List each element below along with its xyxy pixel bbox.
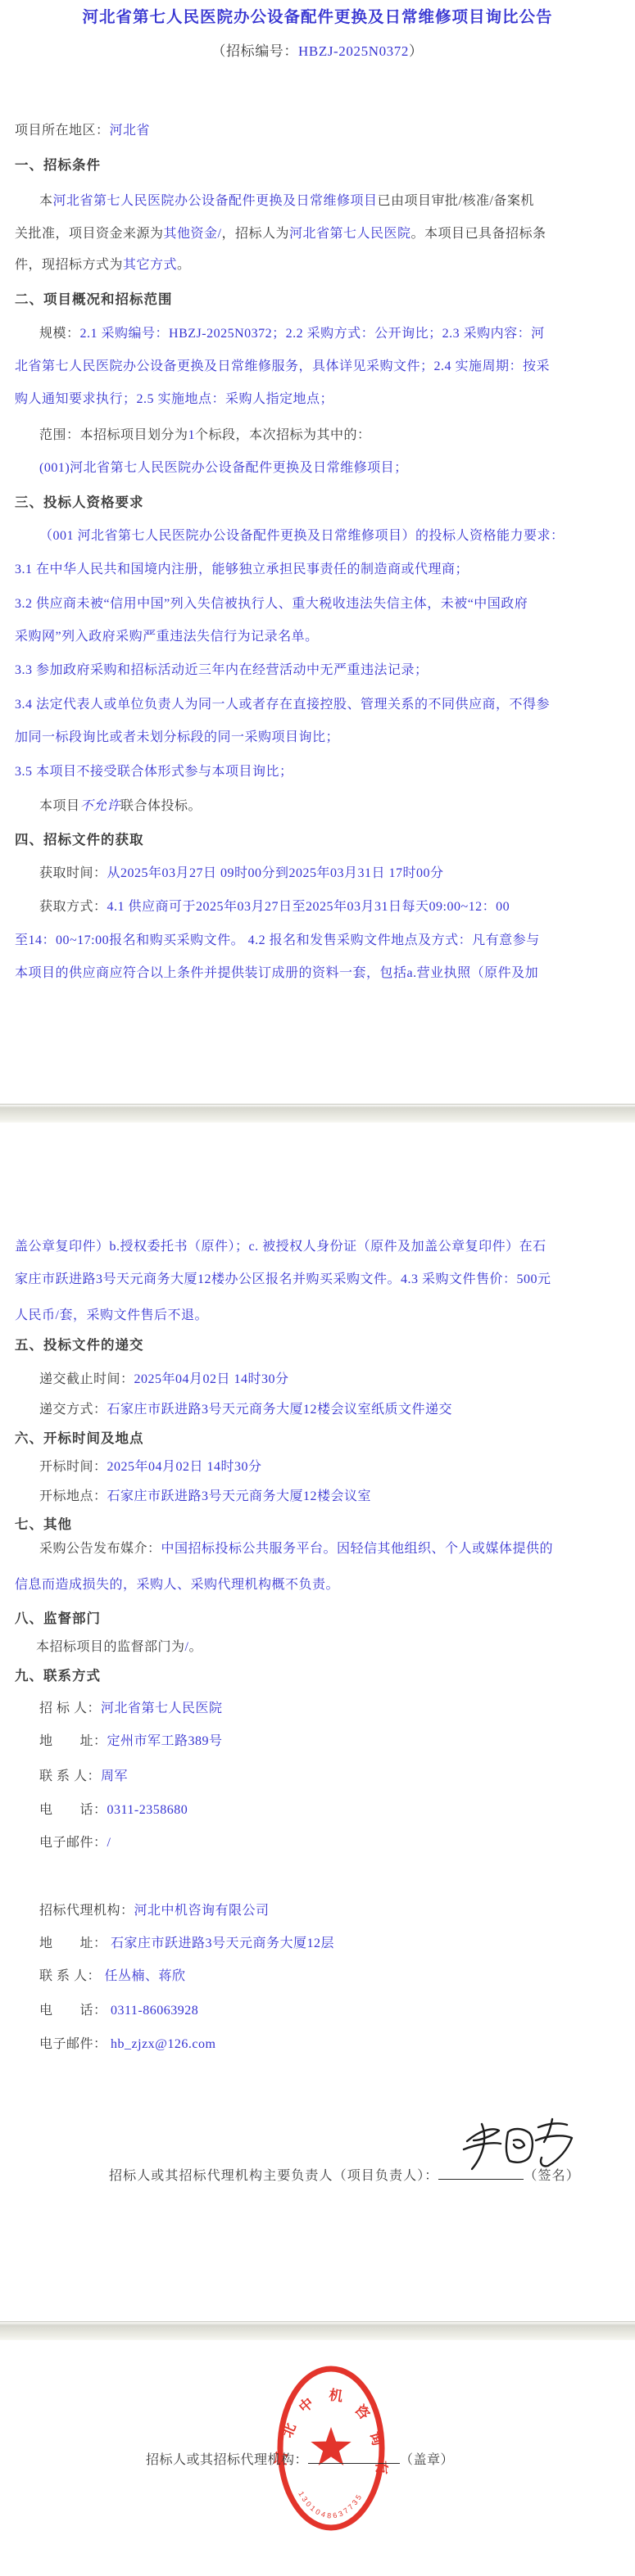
text-segment: 本招标项目划分为 bbox=[80, 428, 188, 442]
section-heading-6: 六、开标时间及地点 bbox=[15, 1430, 144, 1448]
doc-line: 规模：2.1 采购编号：HBZJ-2025N0372；2.2 采购方式：公开询比… bbox=[39, 326, 545, 342]
agency-line: 招标代理机构：河北中机咨询有限公司 bbox=[39, 1903, 270, 1919]
text-segment: 六、开标时间及地点 bbox=[15, 1431, 144, 1446]
text-segment: 。 bbox=[177, 258, 191, 272]
tenderer-email-line: 电子邮件：/ bbox=[39, 1835, 111, 1851]
text-segment: 3.5 本项目不接受联合体形式参与本项目询比； bbox=[15, 765, 293, 779]
text-segment: 五、投标文件的递交 bbox=[15, 1338, 144, 1353]
text-segment: 任丛楠、蒋欣 bbox=[101, 1969, 186, 1983]
doc-line: 采购网”列入政府采购严重违法失信行为记录名单。 bbox=[15, 629, 319, 645]
text-segment: 本项目的供应商应符合以上条件并提供装订成册的资料一套，包括a.营业执照（原件及加 bbox=[15, 966, 538, 980]
text-segment: 3.1 在中华人民共和国境内注册，能够独立承担民事责任的制造商或代理商； bbox=[15, 563, 469, 576]
doc-line: 人民币/套，采购文件售后不退。 bbox=[15, 1308, 208, 1324]
text-segment: 。本项目已具备招标条 bbox=[411, 227, 547, 241]
document-page-3: 河北中机咨询有限公司 1301048637735 招标人或其招标代理机构：（盖章… bbox=[0, 2340, 635, 2576]
signature-underline bbox=[308, 2450, 400, 2464]
agency-email-line: 电子邮件： hb_zjzx@126.com bbox=[39, 2036, 215, 2053]
text-segment: 从2025年03月27日 09时00分到2025年03月31日 17时00分 bbox=[107, 866, 444, 880]
text-segment: 获取方式： bbox=[39, 900, 107, 914]
text-segment: 规模： bbox=[39, 327, 80, 341]
text-segment: 至14：00~17:00报名和购买采购文件。 4.2 报名和发售采购文件地点及方… bbox=[15, 933, 540, 947]
text-segment: 招标人或其招标代理机构主要负责人（项目负责人）： bbox=[109, 2169, 438, 2183]
text-segment: 开标时间： bbox=[39, 1460, 107, 1474]
text-segment: 2025年04月02日 14时30分 bbox=[134, 1372, 289, 1386]
doc-line: （001 河北省第七人民医院办公设备配件更换及日常维修项目）的投标人资格能力要求… bbox=[39, 528, 565, 545]
signature-underline bbox=[438, 2166, 524, 2180]
tenderer-address-line: 地 址：定州市军工路389号 bbox=[39, 1733, 223, 1750]
text-segment: 河北省 bbox=[110, 124, 151, 138]
tenderer-contact-line: 联 系 人：周军 bbox=[39, 1769, 128, 1785]
text-segment: 三、投标人资格要求 bbox=[15, 495, 144, 510]
text-segment: / bbox=[107, 1836, 111, 1850]
text-segment: 四、招标文件的获取 bbox=[15, 833, 144, 847]
text-segment: 项目所在地区： bbox=[15, 124, 110, 138]
doc-line: 3.2 供应商未被“信用中国”列入失信被执行人、重大税收违法失信主体，未被“中国… bbox=[15, 596, 528, 612]
doc-line: 信息而造成损失的，采购人、采购代理机构概不负责。 bbox=[15, 1577, 339, 1593]
text-segment: 本 bbox=[39, 194, 53, 208]
text-segment: 递交截止时间： bbox=[39, 1372, 134, 1386]
text-segment: 河北省第七人民医院办公设备配件更换及日常维修项目询比公告 bbox=[82, 9, 552, 26]
text-segment: 件，现招标方式为 bbox=[15, 258, 123, 272]
doc-line: 3.5 本项目不接受联合体形式参与本项目询比； bbox=[15, 764, 293, 780]
text-segment: 3.3 参加政府采购和招标活动近三年内在经营活动中无严重违法记录； bbox=[15, 663, 429, 677]
text-segment: 3.2 供应商未被“信用中国”列入失信被执行人、重大税收违法失信主体，未被“中国… bbox=[15, 597, 528, 611]
text-segment: 递交方式： bbox=[39, 1403, 107, 1417]
doc-line: 范围：本招标项目划分为1个标段，本次招标为其中的： bbox=[39, 427, 371, 444]
text-segment: 北省第七人民医院办公设备更换及日常维修服务，具体详见采购文件；2.4 实施周期：… bbox=[15, 359, 550, 373]
doc-line: 开标地点：石家庄市跃进路3号天元商务大厦12楼会议室 bbox=[39, 1489, 371, 1505]
doc-line: 递交截止时间：2025年04月02日 14时30分 bbox=[39, 1372, 289, 1388]
text-segment: 1 bbox=[188, 428, 196, 442]
text-segment: 河北省第七人民医院 bbox=[101, 1702, 223, 1715]
doc-line: 3.3 参加政府采购和招标活动近三年内在经营活动中无严重违法记录； bbox=[15, 662, 429, 679]
doc-line: 本招标项目的监督部门为/。 bbox=[36, 1639, 202, 1656]
doc-line: 3.4 法定代表人或单位负责人为同一人或者存在直接控股、管理关系的不同供应商，不… bbox=[15, 697, 550, 713]
section-heading-1: 一、招标条件 bbox=[15, 157, 101, 174]
text-segment: 已由项目审批/核准/备案机 bbox=[378, 194, 534, 208]
text-segment: ） bbox=[409, 43, 424, 59]
text-segment: 七、其他 bbox=[15, 1517, 72, 1532]
text-segment: 河北中机咨询有限公司 bbox=[134, 1904, 270, 1918]
text-segment: 招标代理机构： bbox=[39, 1904, 134, 1918]
company-seal-stamp: 河北中机咨询有限公司 1301048637735 bbox=[274, 2361, 388, 2535]
doc-line: 开标时间：2025年04月02日 14时30分 bbox=[39, 1459, 262, 1476]
text-segment: 信息而造成损失的，采购人、采购代理机构概不负责。 bbox=[15, 1578, 339, 1592]
text-segment: （盖章） bbox=[400, 2453, 454, 2467]
text-segment: 石家庄市跃进路3号天元商务大厦12层 bbox=[107, 1937, 335, 1950]
document-title: 河北省第七人民医院办公设备配件更换及日常维修项目询比公告 bbox=[0, 8, 635, 28]
seal-line: 招标人或其招标代理机构：（盖章） bbox=[146, 2450, 454, 2469]
text-segment: HBZJ-2025N0372 bbox=[298, 43, 409, 59]
text-segment: 3.4 法定代表人或单位负责人为同一人或者存在直接控股、管理关系的不同供应商，不… bbox=[15, 698, 550, 712]
text-segment: (001)河北省第七人民医院办公设备配件更换及日常维修项目； bbox=[39, 461, 408, 475]
text-segment: 电子邮件： bbox=[39, 2037, 107, 2051]
text-segment: 盖公章复印件）b.授权委托书（原件）；c. 被授权人身份证（原件及加盖公章复印件… bbox=[15, 1240, 547, 1254]
doc-line: 3.1 在中华人民共和国境内注册，能够独立承担民事责任的制造商或代理商； bbox=[15, 562, 469, 578]
text-segment: 联 系 人： bbox=[39, 1769, 101, 1783]
project-region-line: 项目所在地区：河北省 bbox=[15, 123, 150, 139]
document-page-2: 盖公章复印件）b.授权委托书（原件）；c. 被授权人身份证（原件及加盖公章复印件… bbox=[0, 1123, 635, 2321]
text-segment: 联 系 人： bbox=[39, 1969, 101, 1983]
doc-line: 获取时间：从2025年03月27日 09时00分到2025年03月31日 17时… bbox=[39, 865, 444, 882]
text-segment: hb_zjzx@126.com bbox=[107, 2037, 216, 2051]
text-segment: 九、联系方式 bbox=[15, 1669, 101, 1683]
text-segment: 石家庄市跃进路3号天元商务大厦12楼会议室纸质文件递交 bbox=[107, 1403, 453, 1417]
doc-line: 加同一标段询比或者未划分标段的同一采购项目询比； bbox=[15, 730, 339, 746]
section-heading-8: 八、监督部门 bbox=[15, 1611, 101, 1628]
section-heading-9: 九、联系方式 bbox=[15, 1668, 101, 1685]
text-segment: 河北省第七人民医院 bbox=[289, 227, 411, 241]
text-segment: 电子邮件： bbox=[39, 1836, 107, 1850]
doc-line: 本项目的供应商应符合以上条件并提供装订成册的资料一套，包括a.营业执照（原件及加 bbox=[15, 965, 538, 982]
text-segment: 联合体投标。 bbox=[120, 799, 202, 813]
text-segment: 一、招标条件 bbox=[15, 158, 101, 173]
text-segment: 电 话： bbox=[39, 1803, 107, 1817]
doc-line: 获取方式：4.1 供应商可于2025年03月27日至2025年03月31日每天0… bbox=[39, 899, 510, 915]
text-segment: 人民币/套，采购文件售后不退。 bbox=[15, 1308, 208, 1322]
doc-line: 本项目不允许联合体投标。 bbox=[39, 798, 202, 815]
text-segment: 本项目 bbox=[39, 799, 80, 813]
text-segment: 开标地点： bbox=[39, 1489, 107, 1503]
doc-line: (001)河北省第七人民医院办公设备配件更换及日常维修项目； bbox=[39, 460, 408, 477]
doc-line: 家庄市跃进路3号天元商务大厦12楼办公区报名并购买采购文件。4.3 采购文件售价… bbox=[15, 1272, 551, 1288]
section-heading-7: 七、其他 bbox=[15, 1516, 72, 1534]
doc-line: 件，现招标方式为其它方式。 bbox=[15, 257, 191, 273]
doc-line: 关批准，项目资金来源为其他资金/，招标人为河北省第七人民医院。本项目已具备招标条 bbox=[15, 226, 547, 242]
agency-phone-line: 电 话： 0311-86063928 bbox=[39, 2003, 198, 2019]
text-segment: 八、监督部门 bbox=[15, 1611, 101, 1626]
text-segment: 0311-86063928 bbox=[107, 2004, 199, 2018]
agency-address-line: 地 址： 石家庄市跃进路3号天元商务大厦12层 bbox=[39, 1936, 334, 1952]
text-segment: （招标编号： bbox=[211, 43, 298, 59]
doc-line: 递交方式：石家庄市跃进路3号天元商务大厦12楼会议室纸质文件递交 bbox=[39, 1402, 452, 1418]
page-divider bbox=[0, 2321, 635, 2340]
text-segment: （001 河北省第七人民医院办公设备配件更换及日常维修项目）的投标人资格能力要求… bbox=[39, 529, 565, 543]
text-segment: 其它方式 bbox=[123, 258, 177, 272]
text-segment: （签名） bbox=[524, 2169, 579, 2183]
tender-announcement-document: { "colors": {"accent_blue": "#3634d1", "… bbox=[0, 0, 635, 2576]
text-segment: 石家庄市跃进路3号天元商务大厦12楼会议室 bbox=[107, 1489, 372, 1503]
signature-line: 招标人或其招标代理机构主要负责人（项目负责人）：（签名） bbox=[109, 2166, 580, 2185]
section-heading-5: 五、投标文件的递交 bbox=[15, 1337, 144, 1354]
doc-line: 本河北省第七人民医院办公设备配件更换及日常维修项目已由项目审批/核准/备案机 bbox=[39, 193, 534, 210]
text-segment: 范围： bbox=[39, 428, 80, 442]
section-heading-3: 三、投标人资格要求 bbox=[15, 495, 144, 512]
text-segment: 采购公告发布媒介： bbox=[39, 1542, 161, 1556]
text-segment: 采购网”列入政府采购严重违法失信行为记录名单。 bbox=[15, 630, 319, 644]
text-segment: 地 址： bbox=[39, 1734, 107, 1748]
text-segment: 关批准，项目资金来源为 bbox=[15, 227, 164, 241]
tenderer-phone-line: 电 话：0311-2358680 bbox=[39, 1802, 188, 1819]
text-segment: 0311-2358680 bbox=[107, 1803, 188, 1817]
text-segment: 周军 bbox=[101, 1769, 128, 1783]
doc-line: 至14：00~17:00报名和购买采购文件。 4.2 报名和发售采购文件地点及方… bbox=[15, 933, 540, 949]
text-segment: 其他资金/ bbox=[164, 227, 222, 241]
text-segment: 获取时间： bbox=[39, 866, 107, 880]
text-segment: 个标段，本次招标为其中的： bbox=[195, 428, 371, 442]
text-segment: 地 址： bbox=[39, 1937, 107, 1950]
document-page-1: 河北省第七人民医院办公设备配件更换及日常维修项目询比公告（招标编号：HBZJ-2… bbox=[0, 0, 635, 1104]
text-segment: 电 话： bbox=[39, 2004, 107, 2018]
page-divider bbox=[0, 1104, 635, 1123]
text-segment: 本招标项目的监督部门为 bbox=[36, 1640, 185, 1654]
doc-line: 盖公章复印件）b.授权委托书（原件）；c. 被授权人身份证（原件及加盖公章复印件… bbox=[15, 1239, 547, 1255]
doc-line: 购人通知要求执行；2.5 实施地点：采购人指定地点； bbox=[15, 391, 333, 408]
text-segment: 招 标 人： bbox=[39, 1702, 101, 1715]
text-segment: 不允许 bbox=[80, 799, 121, 813]
tenderer-line: 招 标 人：河北省第七人民医院 bbox=[39, 1701, 223, 1717]
text-segment: 河北省第七人民医院办公设备配件更换及日常维修项目 bbox=[53, 194, 378, 208]
text-segment: 家庄市跃进路3号天元商务大厦12楼办公区报名并购买采购文件。4.3 采购文件售价… bbox=[15, 1272, 551, 1286]
text-segment: 二、项目概况和招标范围 bbox=[15, 292, 173, 307]
text-segment: 2025年04月02日 14时30分 bbox=[107, 1460, 262, 1474]
text-segment: 购人通知要求执行；2.5 实施地点：采购人指定地点； bbox=[15, 392, 333, 406]
text-segment: 加同一标段询比或者未划分标段的同一采购项目询比； bbox=[15, 730, 339, 744]
agency-contact-line: 联 系 人： 任丛楠、蒋欣 bbox=[39, 1968, 186, 1985]
section-heading-2: 二、项目概况和招标范围 bbox=[15, 291, 173, 309]
doc-line: 北省第七人民医院办公设备更换及日常维修服务，具体详见采购文件；2.4 实施周期：… bbox=[15, 359, 550, 375]
section-heading-4: 四、招标文件的获取 bbox=[15, 832, 144, 849]
text-segment: 招标人或其招标代理机构： bbox=[146, 2453, 308, 2467]
text-segment: ，招标人为 bbox=[221, 227, 289, 241]
text-segment: 中国招标投标公共服务平台。因轻信其他组织、个人或媒体提供的 bbox=[161, 1542, 554, 1556]
text-segment: 定州市军工路389号 bbox=[107, 1734, 223, 1748]
doc-line: 采购公告发布媒介：中国招标投标公共服务平台。因轻信其他组织、个人或媒体提供的 bbox=[39, 1541, 553, 1557]
tender-number-line: （招标编号：HBZJ-2025N0372） bbox=[0, 43, 635, 60]
text-segment: 4.1 供应商可于2025年03月27日至2025年03月31日每天09:00~… bbox=[107, 900, 510, 914]
text-segment: 。 bbox=[188, 1640, 202, 1654]
text-segment: 2.1 采购编号：HBZJ-2025N0372；2.2 采购方式：公开询比；2.… bbox=[80, 327, 545, 341]
